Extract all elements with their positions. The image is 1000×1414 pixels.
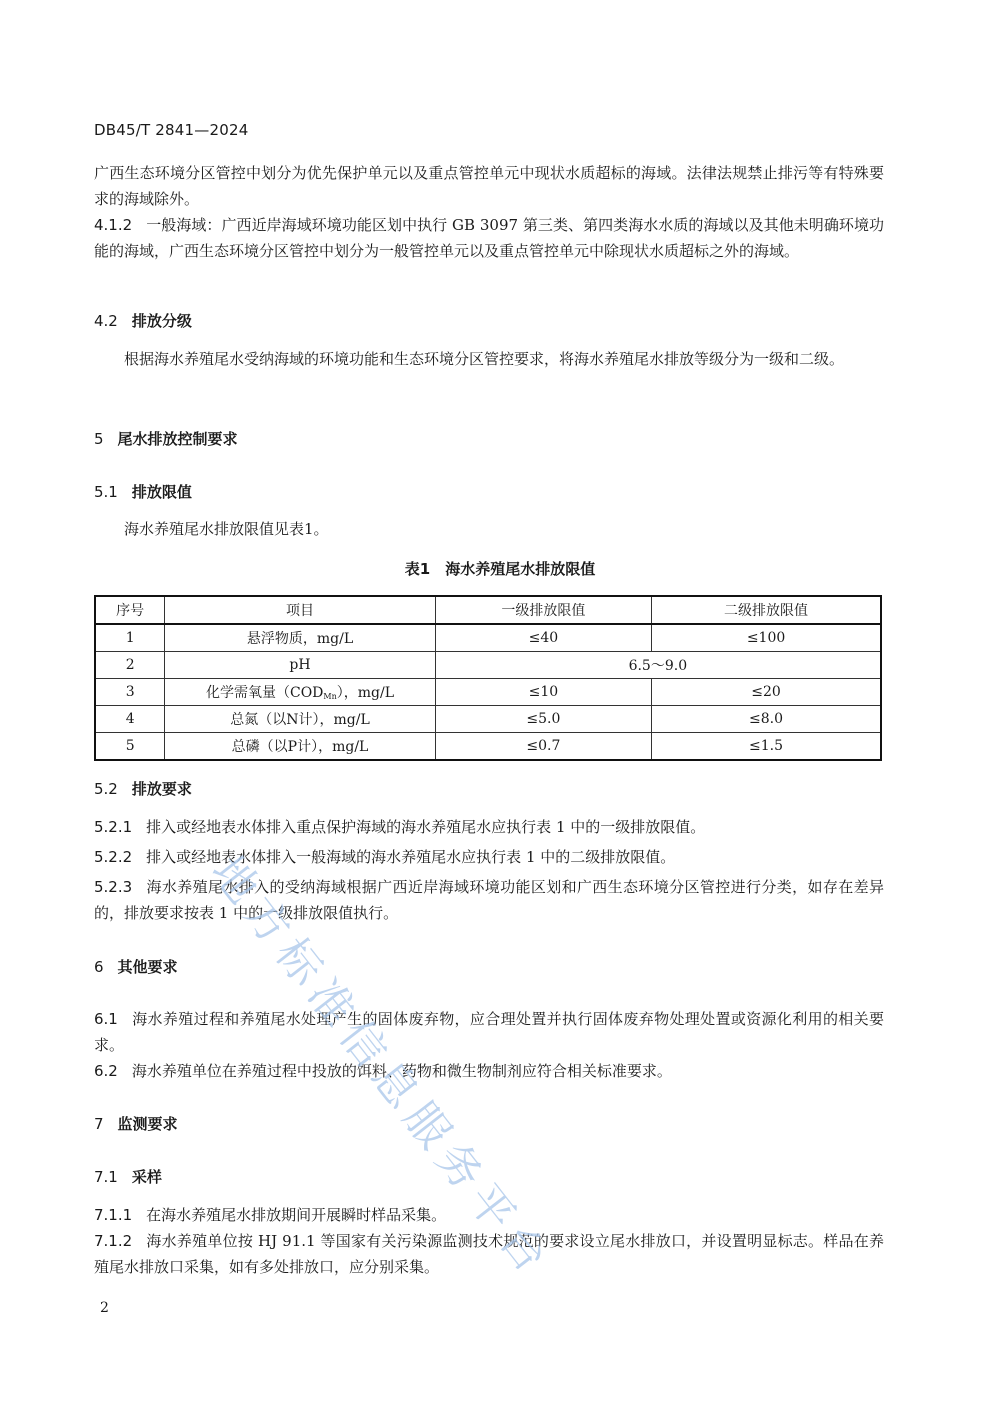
table-caption: 表1 海水养殖尾水排放限值 — [0, 558, 1000, 579]
paragraph-5-2-2: 5.2.2排入或经地表水体排入一般海域的海水养殖尾水应执行表 1 中的二级排放限… — [94, 844, 884, 870]
document-id-header: DB45/T 2841—2024 — [94, 121, 248, 139]
clause-number: 7.1.1 — [94, 1206, 132, 1224]
cell-level1: ≤40 — [435, 624, 651, 652]
cell-level2: ≤100 — [652, 624, 881, 652]
clause-text: 排入或经地表水体排入一般海域的海水养殖尾水应执行表 1 中的二级排放限值。 — [146, 848, 675, 866]
heading-number: 6 — [94, 958, 104, 976]
paragraph-4-1-2: 4.1.2一般海域：广西近岸海域环境功能区划中执行 GB 3097 第三类、第四… — [94, 212, 884, 264]
header-item: 项目 — [165, 596, 435, 624]
paragraph-7-1-2: 7.1.2海水养殖单位按 HJ 91.1 等国家有关污染源监测技术规范的要求设立… — [94, 1228, 884, 1280]
cell-no: 2 — [95, 652, 165, 679]
heading-6: 6其他要求 — [94, 956, 178, 977]
paragraph-5-1: 海水养殖尾水排放限值见表1。 — [94, 516, 884, 542]
heading-title: 排放分级 — [132, 312, 192, 330]
heading-7: 7监测要求 — [94, 1113, 178, 1134]
item-text: 化学需氧量（COD — [206, 685, 323, 701]
heading-5: 5尾水排放控制要求 — [94, 428, 238, 449]
paragraph-4-2: 根据海水养殖尾水受纳海域的环境功能和生态环境分区管控要求，将海水养殖尾水排放等级… — [94, 346, 884, 372]
paragraph-6-2: 6.2海水养殖单位在养殖过程中投放的饵料、药物和微生物制剂应符合相关标准要求。 — [94, 1058, 884, 1084]
heading-5-2: 5.2排放要求 — [94, 778, 192, 799]
document-page: DB45/T 2841—2024 广西生态环境分区管控中划分为优先保护单元以及重… — [0, 0, 1000, 1414]
cell-level1: ≤5.0 — [435, 706, 651, 733]
heading-number: 7 — [94, 1115, 104, 1133]
cell-no: 4 — [95, 706, 165, 733]
heading-5-1: 5.1排放限值 — [94, 481, 192, 502]
table-row: 1 悬浮物质，mg/L ≤40 ≤100 — [95, 624, 881, 652]
cell-item: 总氮（以N计），mg/L — [165, 706, 435, 733]
cell-level2: ≤1.5 — [652, 733, 881, 761]
header-level1: 一级排放限值 — [435, 596, 651, 624]
clause-number: 5.2.1 — [94, 818, 132, 836]
cell-level1: ≤10 — [435, 679, 651, 706]
clause-text: 海水养殖过程和养殖尾水处理产生的固体废弃物，应合理处置并执行固体废弃物处理处置或… — [94, 1010, 884, 1054]
heading-title: 排放要求 — [132, 780, 192, 798]
heading-4-2: 4.2排放分级 — [94, 310, 192, 331]
paragraph-6-1: 6.1海水养殖过程和养殖尾水处理产生的固体废弃物，应合理处置并执行固体废弃物处理… — [94, 1006, 884, 1058]
cell-item: 化学需氧量（CODMn），mg/L — [165, 679, 435, 706]
table-row: 4 总氮（以N计），mg/L ≤5.0 ≤8.0 — [95, 706, 881, 733]
heading-7-1: 7.1采样 — [94, 1166, 162, 1187]
header-level2: 二级排放限值 — [652, 596, 881, 624]
table-header-row: 序号 项目 一级排放限值 二级排放限值 — [95, 596, 881, 624]
heading-number: 4.2 — [94, 312, 118, 330]
clause-text: 海水养殖单位在养殖过程中投放的饵料、药物和微生物制剂应符合相关标准要求。 — [132, 1062, 672, 1080]
table-row: 3 化学需氧量（CODMn），mg/L ≤10 ≤20 — [95, 679, 881, 706]
clause-number: 7.1.2 — [94, 1232, 132, 1250]
cell-no: 5 — [95, 733, 165, 761]
heading-number: 5.1 — [94, 483, 118, 501]
paragraph-5-2-3: 5.2.3海水养殖尾水排入的受纳海域根据广西近岸海域环境功能区划和广西生态环境分… — [94, 874, 884, 926]
clause-text: 海水养殖尾水排入的受纳海域根据广西近岸海域环境功能区划和广西生态环境分区管控进行… — [94, 878, 884, 922]
cell-level2: ≤8.0 — [652, 706, 881, 733]
clause-number: 5.2.3 — [94, 878, 132, 896]
heading-title: 其他要求 — [118, 958, 178, 976]
clause-number: 5.2.2 — [94, 848, 132, 866]
paragraph-7-1-1: 7.1.1在海水养殖尾水排放期间开展瞬时样品采集。 — [94, 1202, 884, 1228]
item-subscript: Mn — [323, 692, 336, 701]
item-text-suffix: ），mg/L — [337, 685, 394, 701]
cell-merged-range: 6.5～9.0 — [435, 652, 881, 679]
cell-level2: ≤20 — [652, 679, 881, 706]
paragraph-5-2-1: 5.2.1排入或经地表水体排入重点保护海域的海水养殖尾水应执行表 1 中的一级排… — [94, 814, 884, 840]
heading-number: 7.1 — [94, 1168, 118, 1186]
clause-number: 6.1 — [94, 1010, 118, 1028]
header-no: 序号 — [95, 596, 165, 624]
cell-level1: ≤0.7 — [435, 733, 651, 761]
cell-item: pH — [165, 652, 435, 679]
clause-number: 6.2 — [94, 1062, 118, 1080]
heading-title: 监测要求 — [118, 1115, 178, 1133]
cell-item: 悬浮物质，mg/L — [165, 624, 435, 652]
heading-number: 5 — [94, 430, 104, 448]
table-row: 5 总磷（以P计），mg/L ≤0.7 ≤1.5 — [95, 733, 881, 761]
cell-no: 3 — [95, 679, 165, 706]
paragraph-4-1-1-continued: 广西生态环境分区管控中划分为优先保护单元以及重点管控单元中现状水质超标的海域。法… — [94, 160, 884, 212]
cell-item: 总磷（以P计），mg/L — [165, 733, 435, 761]
clause-text: 海水养殖单位按 HJ 91.1 等国家有关污染源监测技术规范的要求设立尾水排放口… — [94, 1232, 884, 1276]
heading-number: 5.2 — [94, 780, 118, 798]
page-number: 2 — [100, 1300, 109, 1316]
cell-no: 1 — [95, 624, 165, 652]
heading-title: 尾水排放控制要求 — [118, 430, 238, 448]
clause-number: 4.1.2 — [94, 216, 132, 234]
clause-text: 一般海域：广西近岸海域环境功能区划中执行 GB 3097 第三类、第四类海水水质… — [94, 216, 884, 260]
heading-title: 采样 — [132, 1168, 162, 1186]
table-row: 2 pH 6.5～9.0 — [95, 652, 881, 679]
clause-text: 在海水养殖尾水排放期间开展瞬时样品采集。 — [146, 1206, 446, 1224]
clause-text: 排入或经地表水体排入重点保护海域的海水养殖尾水应执行表 1 中的一级排放限值。 — [146, 818, 705, 836]
discharge-limits-table: 序号 项目 一级排放限值 二级排放限值 1 悬浮物质，mg/L ≤40 ≤100… — [94, 595, 882, 761]
heading-title: 排放限值 — [132, 483, 192, 501]
